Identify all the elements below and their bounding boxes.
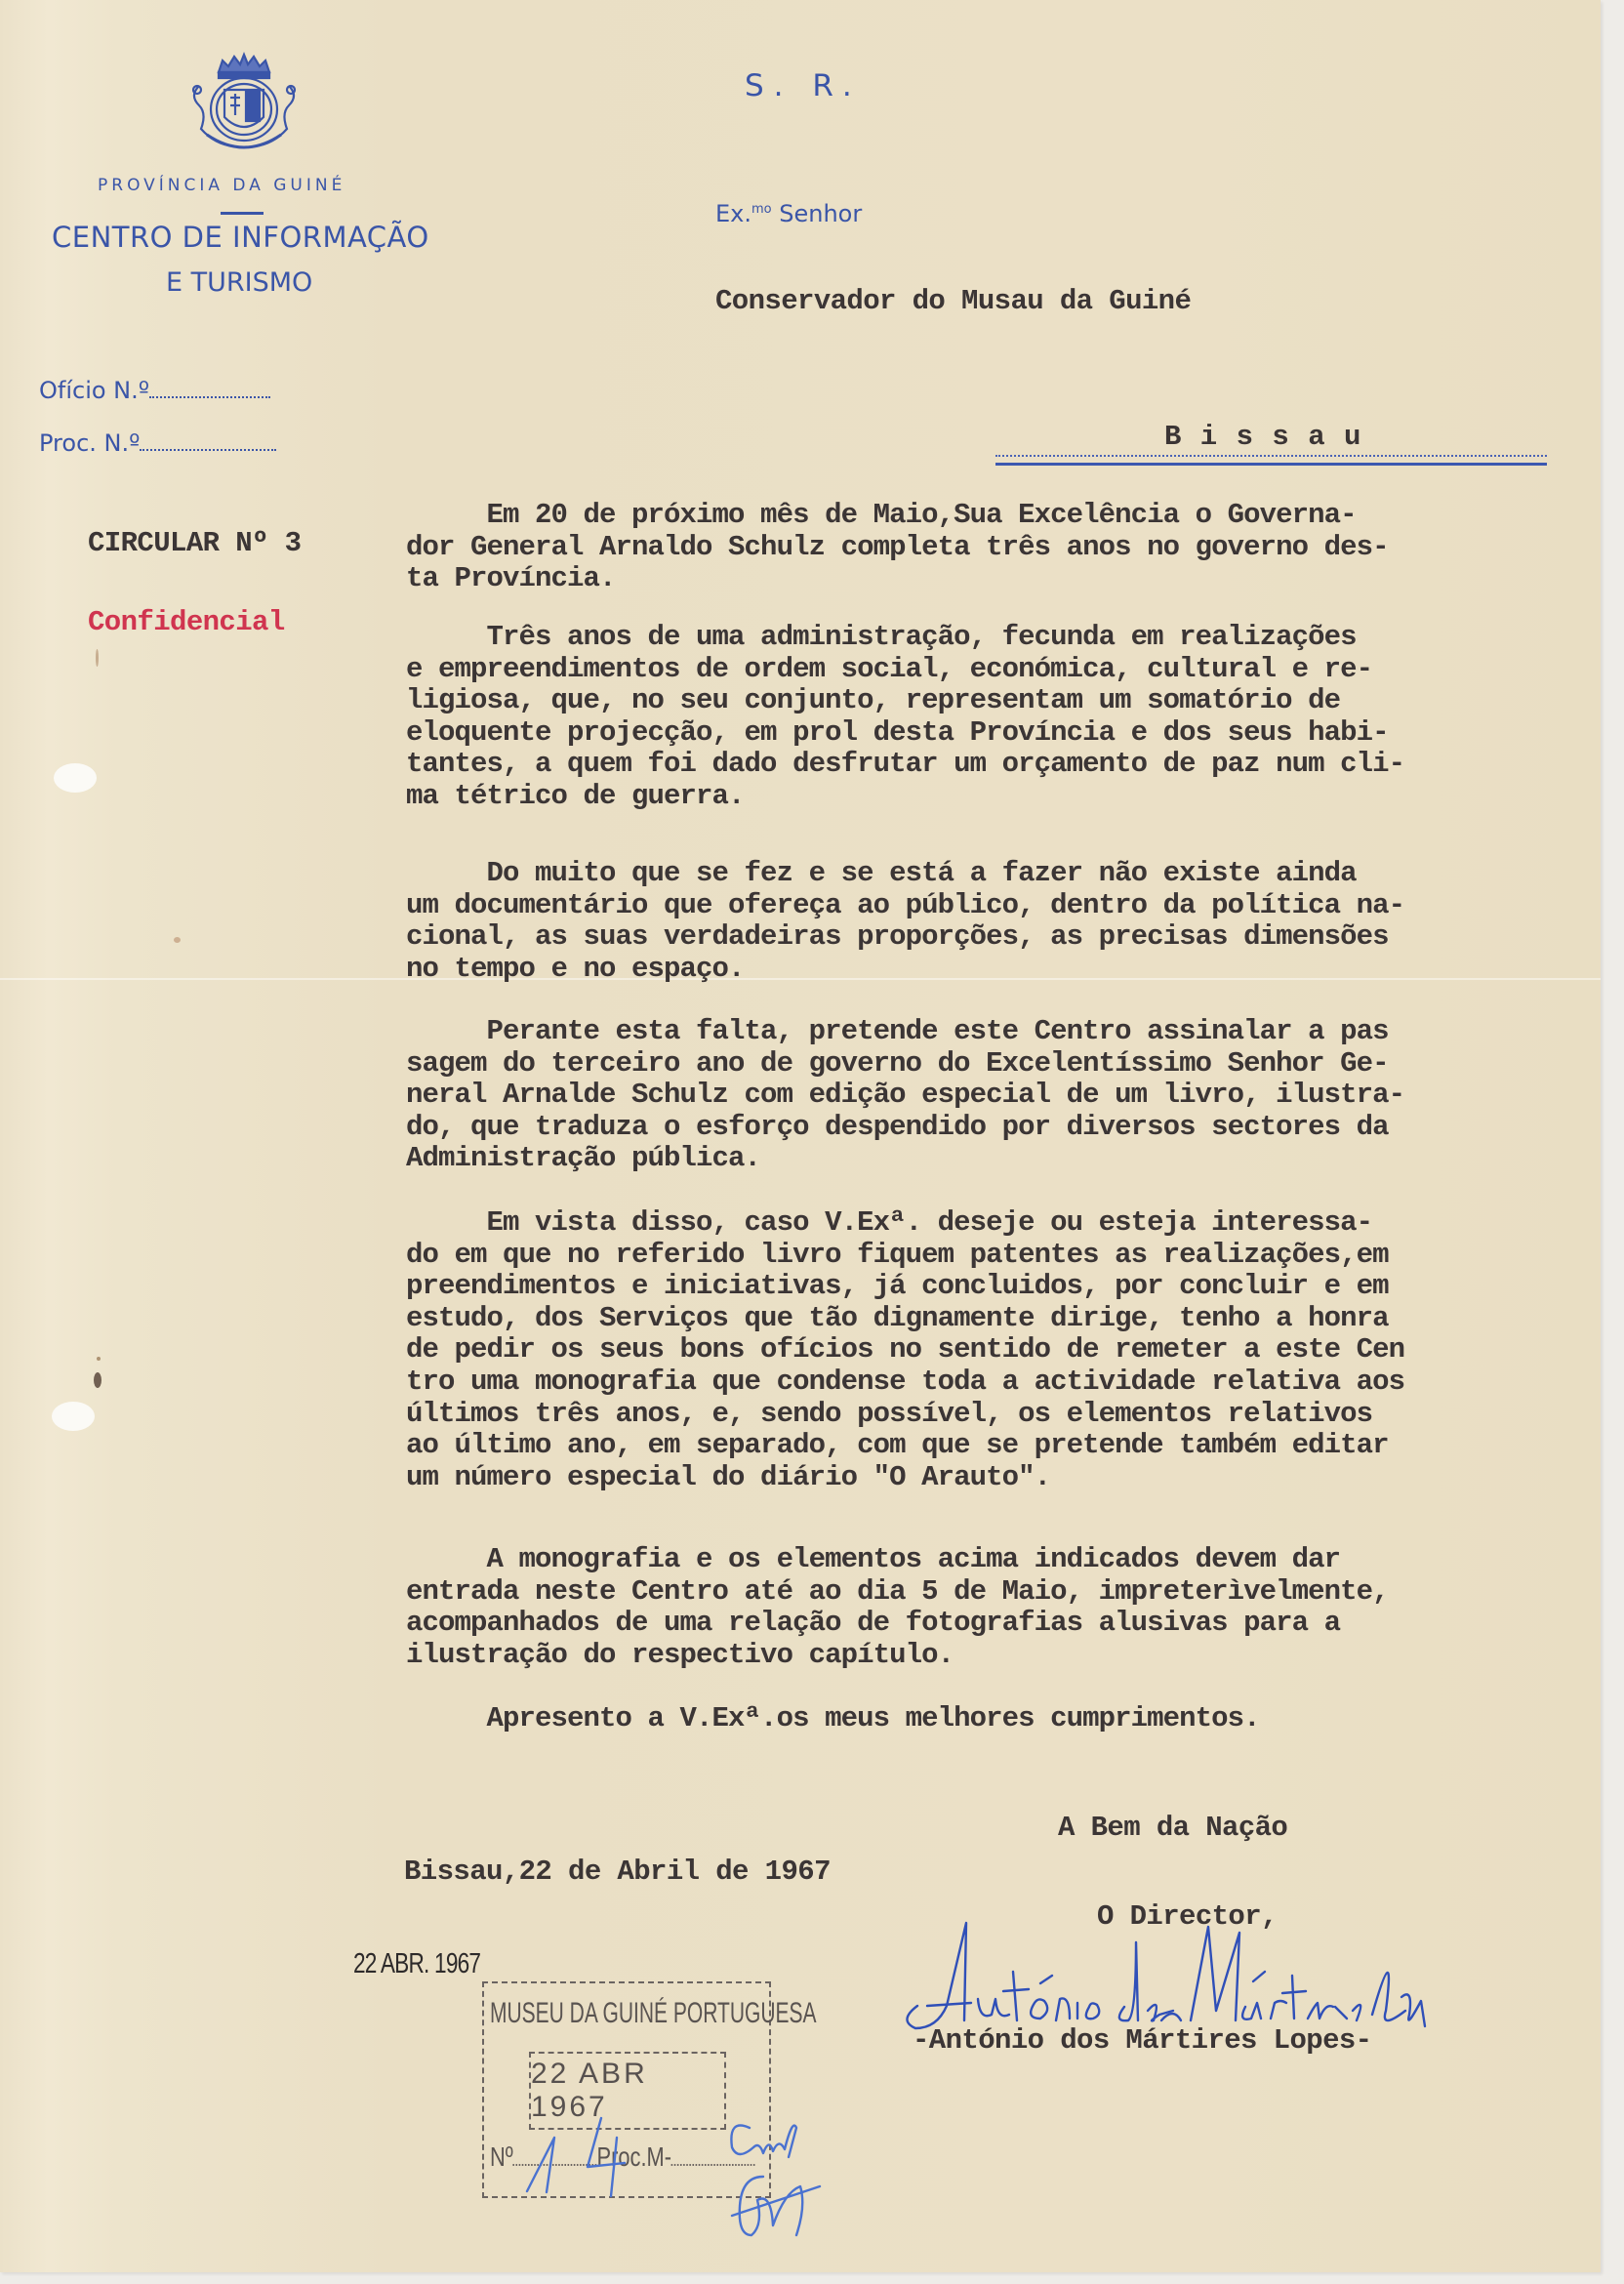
- text-line: tro uma monografia que condense toda a a…: [406, 1366, 1404, 1399]
- text-line: Perante esta falta, pretende este Centro…: [406, 1016, 1404, 1048]
- letterhead-organization: CENTRO DE INFORMAÇÃO: [52, 221, 429, 254]
- text-line: ma tétrico de guerra.: [406, 781, 1404, 813]
- text-line: ligiosa, que, no seu conjunto, represent…: [406, 685, 1404, 717]
- stamp-handwritten-annotations: [507, 2099, 859, 2274]
- text-line: entrada neste Centro até ao dia 5 de Mai…: [406, 1576, 1389, 1609]
- text-line: Três anos de uma administração, fecunda …: [406, 622, 1404, 654]
- proc-label: Proc. N.º: [39, 429, 140, 457]
- text-line: estudo, dos Serviços que tão dignamente …: [406, 1303, 1404, 1335]
- text-line: neral Arnalde Schulz com edição especial…: [406, 1080, 1404, 1112]
- coat-of-arms-icon: [185, 51, 303, 158]
- text-line: tantes, a quem foi dado desfrutar um orç…: [406, 749, 1404, 781]
- ink-stain: [94, 1372, 101, 1388]
- text-line: Apresento a V.Exª.os meus melhores cumpr…: [406, 1703, 1260, 1735]
- punch-hole: [54, 763, 97, 793]
- museum-stamp-title: MUSEU DA GUINÉ PORTUGUESA: [490, 1997, 817, 2030]
- proc-blank: [140, 431, 276, 451]
- text-line: do, que traduza o esforço despendido por…: [406, 1112, 1404, 1144]
- body-paragraph-2: Três anos de uma administração, fecunda …: [406, 622, 1404, 813]
- body-paragraph-6: A monografia e os elementos acima indica…: [406, 1544, 1389, 1671]
- text-line: A monografia e os elementos acima indica…: [406, 1544, 1389, 1576]
- text-line: ao último ano, em separado, com que se p…: [406, 1430, 1404, 1462]
- text-line: eloquente projecção, em prol desta Proví…: [406, 717, 1404, 750]
- text-line: Em vista disso, caso V.Exª. deseje ou es…: [406, 1207, 1404, 1240]
- text-line: Administração pública.: [406, 1143, 1404, 1175]
- body-paragraph-3: Do muito que se fez e se está a fazer nã…: [406, 858, 1404, 985]
- ink-stain: [174, 937, 181, 943]
- text-line: no tempo e no espaço.: [406, 954, 1404, 986]
- addressee-title: Conservador do Musau da Guiné: [715, 286, 1191, 316]
- text-line: do em que no referido livro fiquem paten…: [406, 1240, 1404, 1272]
- letter-page: PROVÍNCIA DA GUINÉ CENTRO DE INFORMAÇÃO …: [0, 0, 1601, 2272]
- addressee-city: B i s s a u: [1164, 422, 1361, 452]
- letterhead-divider: [221, 212, 264, 215]
- text-line: de pedir os seus bons ofícios no sentido…: [406, 1334, 1404, 1366]
- body-paragraph-4: Perante esta falta, pretende este Centro…: [406, 1016, 1404, 1175]
- text-line: um número especial do diário "O Arauto".: [406, 1462, 1404, 1494]
- text-line: acompanhados de uma relação de fotografi…: [406, 1608, 1389, 1640]
- text-line: cional, as suas verdadeiras proporções, …: [406, 921, 1404, 954]
- body-paragraph-1: Em 20 de próximo mês de Maio,Sua Excelên…: [406, 500, 1389, 595]
- signature-handwritten: [898, 1913, 1444, 2040]
- proc-number-field: Proc. N.º: [39, 429, 276, 457]
- circular-number: CIRCULAR Nº 3: [88, 528, 301, 558]
- oficio-blank: [149, 379, 270, 398]
- text-line: ta Província.: [406, 563, 1389, 595]
- closing-motto: A Bem da Nação: [1058, 1813, 1287, 1843]
- ink-stain: [96, 649, 99, 667]
- text-line: e empreendimentos de ordem social, econó…: [406, 654, 1404, 686]
- text-line: sagem do terceiro ano de governo do Exce…: [406, 1048, 1404, 1081]
- service-mark: S. R.: [745, 68, 862, 103]
- salutation: Ex.mo Senhor: [715, 200, 862, 227]
- letterhead-province: PROVÍNCIA DA GUINÉ: [98, 176, 345, 195]
- oficio-number-field: Ofício N.º: [39, 377, 270, 404]
- letterhead-organization-sub: E TURISMO: [166, 267, 312, 298]
- ink-stain: [97, 1357, 101, 1361]
- place-and-date: Bissau,22 de Abril de 1967: [404, 1856, 831, 1887]
- salutation-prefix: Ex.: [715, 200, 751, 227]
- confidential-label: Confidencial: [88, 607, 285, 637]
- text-line: Em 20 de próximo mês de Maio,Sua Excelên…: [406, 500, 1389, 532]
- salutation-suffix: Senhor: [772, 200, 863, 227]
- signatory-name: -António dos Mártires Lopes-: [913, 2025, 1371, 2056]
- text-line: ilustração do respectivo capítulo.: [406, 1640, 1389, 1672]
- received-date-stamp: 22 ABR. 1967: [353, 1948, 480, 1980]
- text-line: Do muito que se fez e se está a fazer nã…: [406, 858, 1404, 890]
- text-line: preendimentos e iniciativas, já concluid…: [406, 1271, 1404, 1303]
- text-line: últimos três anos, e, sendo possível, os…: [406, 1399, 1404, 1431]
- text-line: um documentário que ofereça ao público, …: [406, 890, 1404, 922]
- text-line: dor General Arnaldo Schulz completa três…: [406, 532, 1389, 564]
- body-paragraph-5: Em vista disso, caso V.Exª. deseje ou es…: [406, 1207, 1404, 1493]
- punch-hole: [52, 1402, 95, 1431]
- city-underline: [995, 455, 1547, 466]
- body-paragraph-7: Apresento a V.Exª.os meus melhores cumpr…: [406, 1703, 1260, 1735]
- salutation-superscript: mo: [751, 202, 772, 217]
- oficio-label: Ofício N.º: [39, 377, 149, 404]
